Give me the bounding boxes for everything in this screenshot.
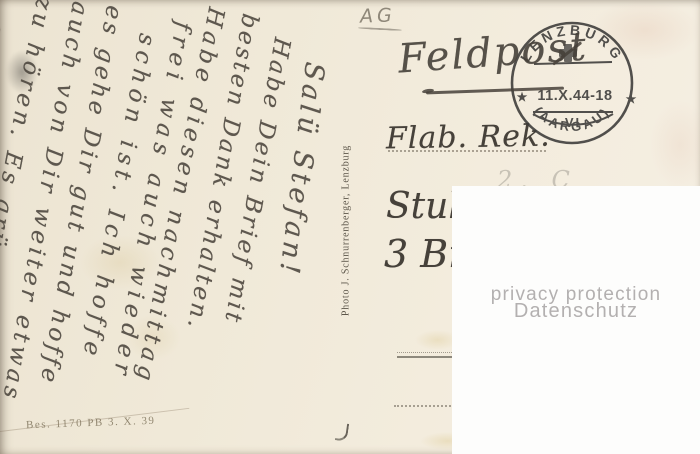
privacy-text-de: Datenschutz (452, 303, 700, 319)
privacy-watermark: privacy protection Datenschutz (452, 287, 700, 319)
print-code: Bes. 1170 PB 3. X. 39 (26, 415, 156, 432)
address-rule-3 (394, 405, 451, 407)
address-line3: 3 Br. (384, 232, 458, 276)
pencil-note: AG (360, 4, 396, 27)
postmark-zone: VI (565, 115, 581, 130)
postmark-date: 11.X.44-18 (537, 88, 612, 104)
postmark-star-left: ★ (517, 90, 528, 104)
address-rule-2 (397, 352, 458, 358)
address-line2: Stube (386, 186, 452, 227)
postcard-scan: Photo J. Schnurrenberger, Lenzburg AG Be… (0, 0, 700, 454)
ink-mark (335, 422, 349, 441)
address-line3-clip: 3 Br. (382, 228, 458, 294)
message-edge-fragment: 24 (0, 20, 4, 56)
pencil-underline (358, 27, 402, 31)
postmark-star-right: ★ (626, 92, 637, 106)
stain (650, 100, 700, 190)
photo-credit: Photo J. Schnurrenberger, Lenzburg (341, 126, 356, 336)
